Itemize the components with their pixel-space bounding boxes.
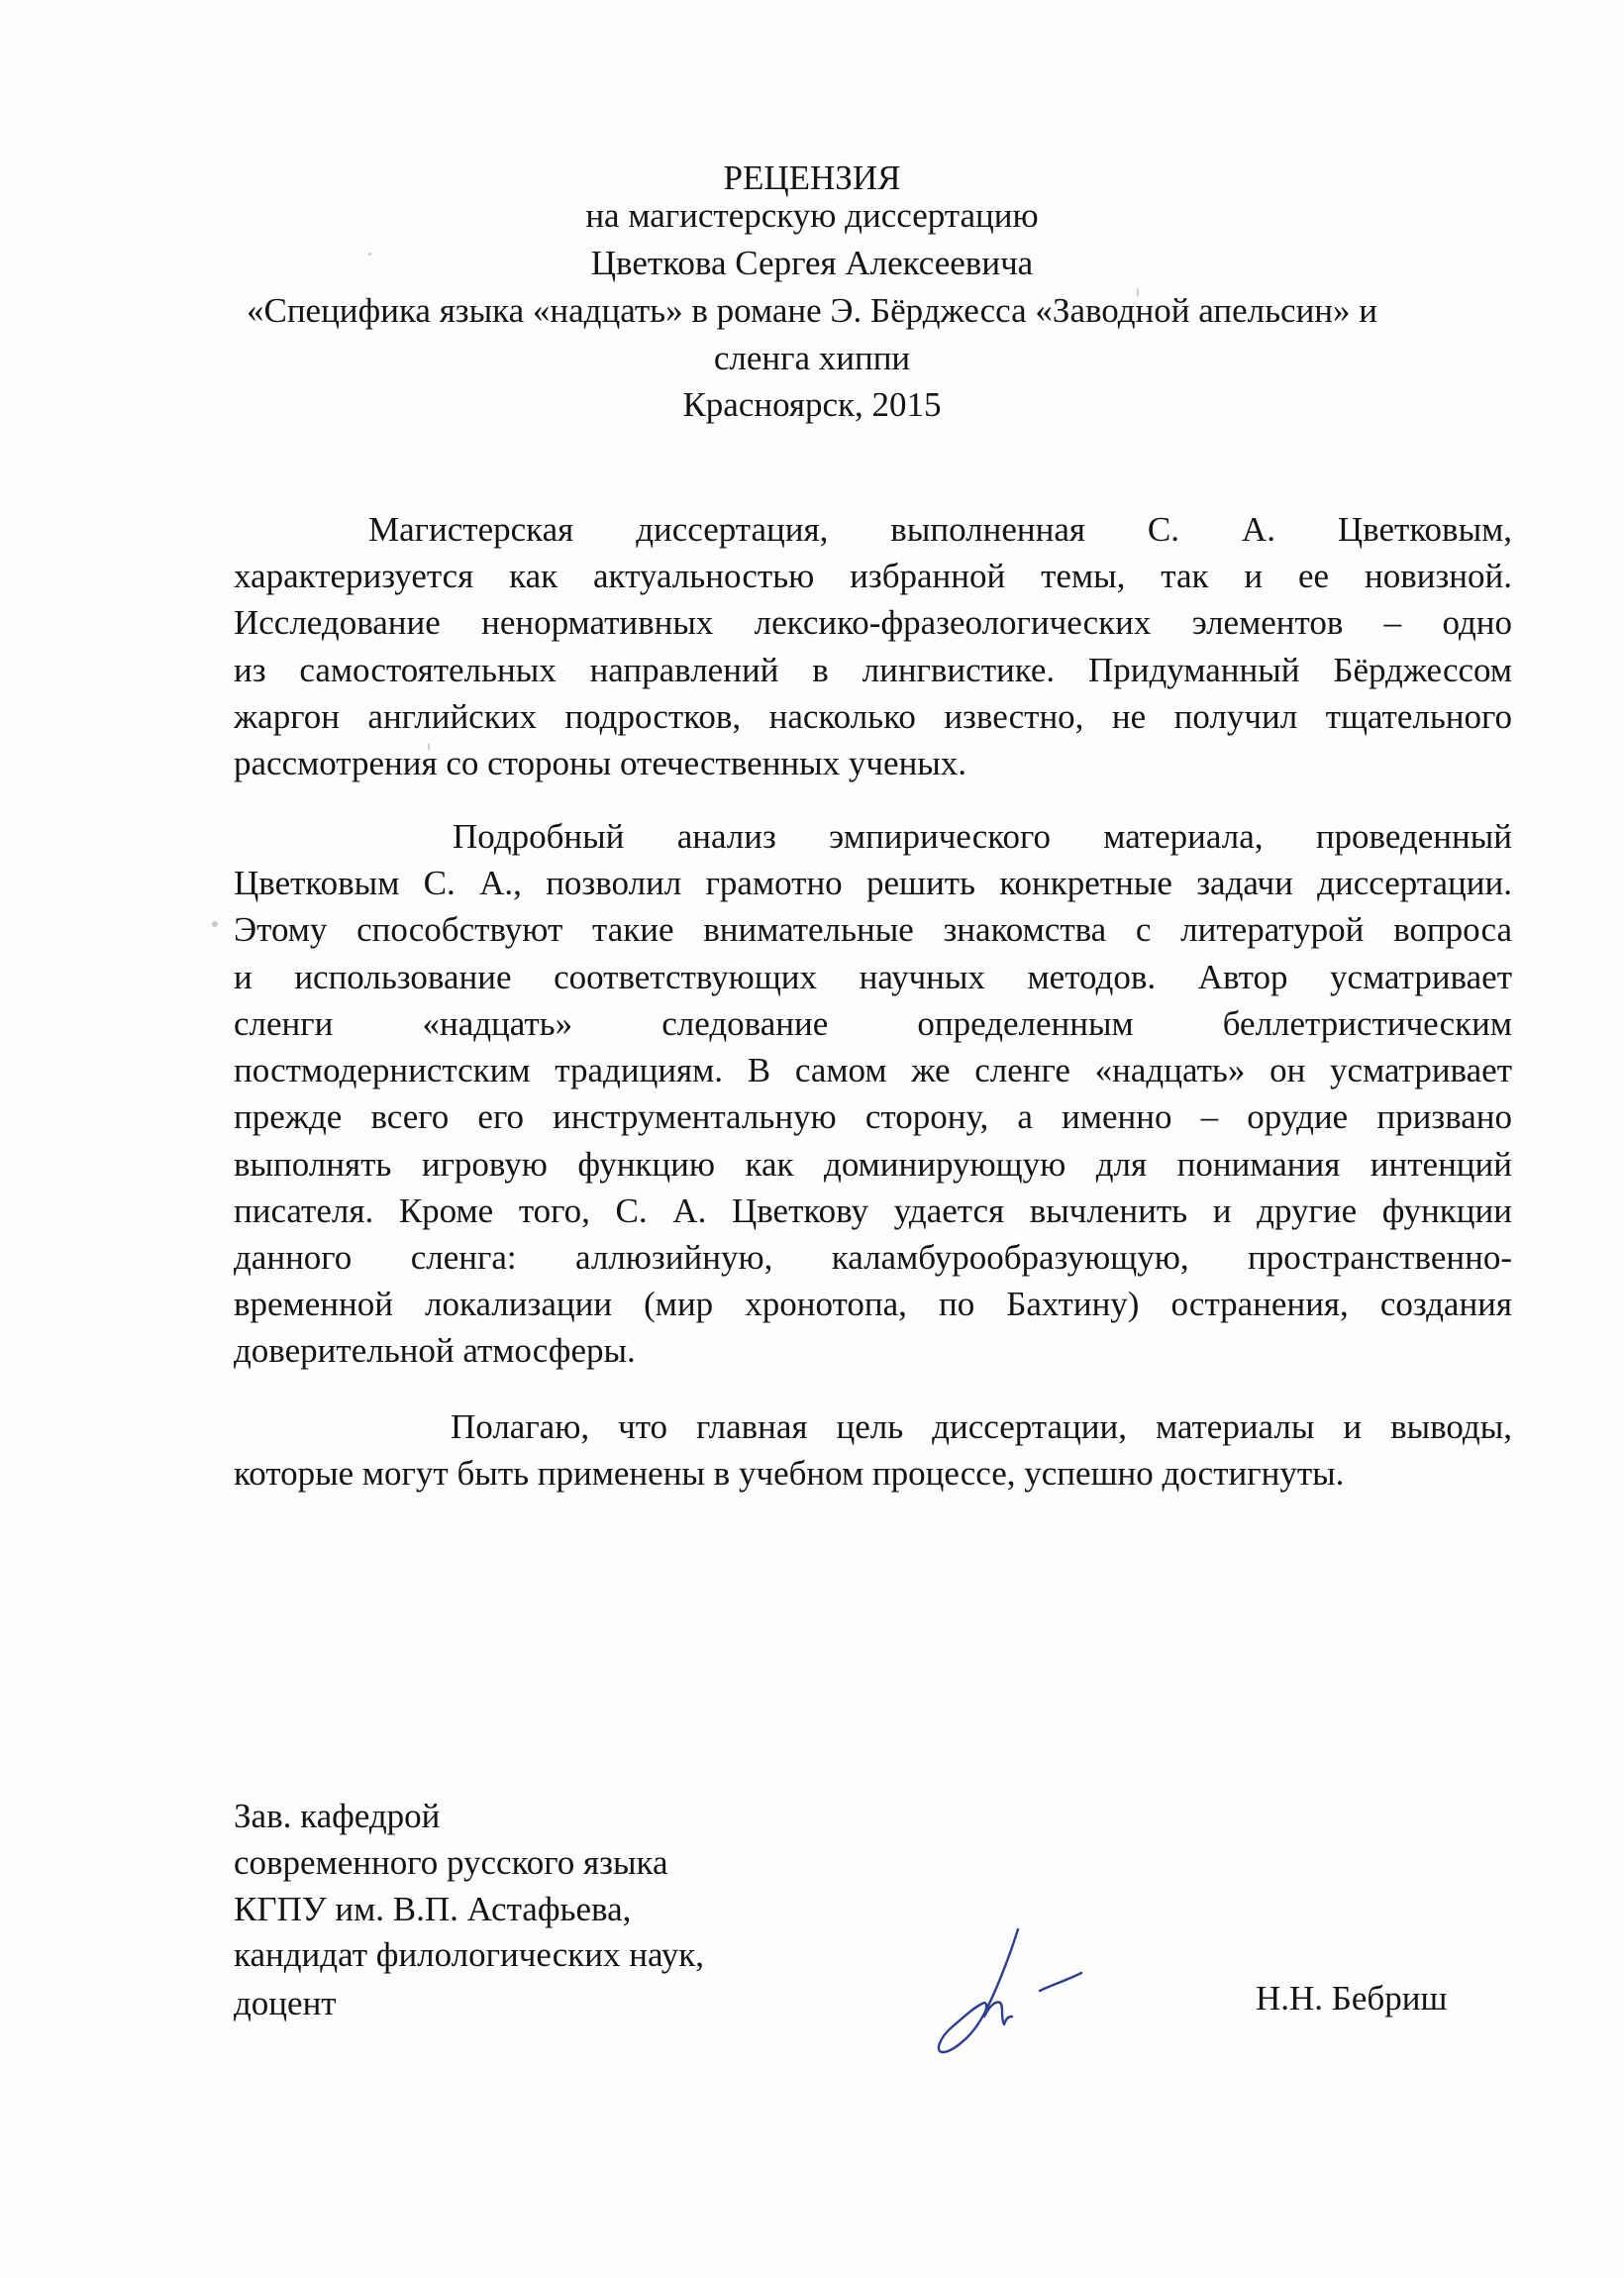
- paragraph-line: рассмотрения со стороны отечественных уч…: [234, 744, 1512, 783]
- paragraph-line: характеризуется как актуальностью избран…: [234, 557, 1512, 596]
- place-and-year: Красноярск, 2015: [0, 385, 1624, 425]
- paragraph-line: постмодернистским традициям. В самом же …: [234, 1051, 1512, 1090]
- review-document-page: РЕЦЕНЗИЯ на магистерскую диссертацию Цве…: [0, 0, 1624, 2278]
- paragraph-line: сленги «надцать» следование определенным…: [234, 1004, 1512, 1044]
- signer-name: Н.Н. Бебриш: [1256, 1979, 1447, 2019]
- paragraph-line: выполнять игровую функцию как доминирующ…: [234, 1145, 1512, 1185]
- scan-speck: [212, 921, 218, 927]
- scan-speck: [428, 743, 430, 751]
- signer-department-line: современного русского языка: [234, 1843, 668, 1883]
- paragraph-line: Полагаю, что главная цель диссертации, м…: [451, 1407, 1512, 1447]
- thesis-author: Цветкова Сергея Алексеевича: [0, 244, 1624, 283]
- paragraph-line: временной локализации (мир хронотопа, по…: [234, 1285, 1512, 1324]
- paragraph-line: из самостоятельных направлений в лингвис…: [234, 651, 1512, 690]
- paragraph-line: Подробный анализ эмпирического материала…: [453, 817, 1512, 857]
- scan-speck: [368, 253, 371, 256]
- thesis-title-line-2: сленга хиппи: [0, 339, 1624, 378]
- paragraph-line: Цветковым С. А., позволил грамотно решит…: [234, 864, 1512, 903]
- signer-degree-line: кандидат филологических наук,: [234, 1935, 704, 1975]
- handwritten-signature-icon: [921, 1921, 1099, 2060]
- paragraph-line: и использование соответствующих научных …: [234, 958, 1512, 997]
- paragraph-line: данного сленга: аллюзийную, каламбурообр…: [234, 1238, 1512, 1278]
- scan-speck: [1137, 287, 1139, 297]
- signer-institution-line: КГПУ им. В.П. Астафьева,: [234, 1890, 631, 1929]
- paragraph-line: Магистерская диссертация, выполненная С.…: [368, 510, 1512, 550]
- document-title: РЕЦЕНЗИЯ: [0, 158, 1624, 198]
- paragraph-line: Этому способствуют такие внимательные зн…: [234, 910, 1512, 950]
- paragraph-line: Исследование ненормативных лексико-фразе…: [234, 603, 1512, 643]
- paragraph-line: писателя. Кроме того, С. А. Цветкову уда…: [234, 1191, 1512, 1231]
- signer-title-line: доцент: [234, 1984, 337, 2023]
- thesis-title-line-1: «Специфика языка «надцать» в романе Э. Б…: [0, 291, 1624, 331]
- paragraph-line: жаргон английских подростков, насколько …: [234, 697, 1512, 737]
- document-subtitle: на магистерскую диссертацию: [0, 196, 1624, 236]
- signer-position-line: Зав. кафедрой: [234, 1797, 440, 1836]
- paragraph-line: доверительной атмосферы.: [234, 1331, 1512, 1371]
- paragraph-line: которые могут быть применены в учебном п…: [234, 1454, 1512, 1494]
- paragraph-line: прежде всего его инструментальную сторон…: [234, 1097, 1512, 1137]
